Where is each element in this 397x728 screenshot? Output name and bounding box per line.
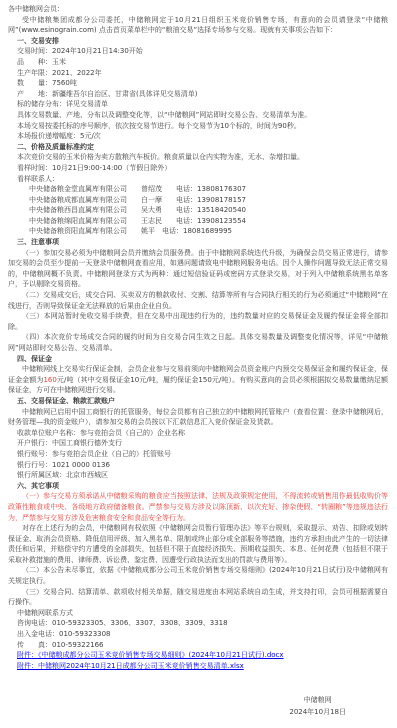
doc-line: （二）本公告未尽事宜，依据《中储粮成都分公司玉米竞价销售专场交易细则》(2024… xyxy=(8,565,388,586)
text-run: 中储粮网已启用中国工商银行的托管服务，每位会员都有自己独立的中储粮网托管账户（查… xyxy=(8,408,388,427)
attachment-link-rules[interactable]: 附件：《中储粮成都分公司玉米竞价销售专场交易细则》(2024年10月21日试行)… xyxy=(17,650,388,661)
doc-line: 传 真：010-59322166 xyxy=(17,640,388,651)
doc-line: 开户银行：中国工商银行德外支行 xyxy=(17,438,388,449)
doc-line: 本次竞价交易的玉米价格为卖方散粮汽车板价。粮食质量以仓内实物为准，无水、杂增扣量… xyxy=(17,152,388,163)
text-run: 银行所属区域：北京市西城区 xyxy=(17,471,108,479)
text-run: 标的储存分布：详见交易清单 xyxy=(17,100,108,108)
contact-line: 中央储备粮成都直属库有限公司 白一摩 电话：13908178157 xyxy=(29,195,388,206)
doc-line: 本场交易按委托标的序号顺序，依次按交易节进行。每个交易节为10个标的，时间为90… xyxy=(17,121,388,132)
text-run: 受中储粮集团成都分公司委托，中储粮网定于10月21日组织玉米竞价销售专场，有意向… xyxy=(8,16,388,35)
doc-line: 银行行号：1021 0000 0136 xyxy=(17,460,388,471)
attachment-link-list[interactable]: 附件：中储粮网2024年10月21日成都分公司玉米竞价销售交易清单.xlsx xyxy=(17,661,388,672)
section-heading-4: 四、保证金 xyxy=(17,354,388,365)
text-run: 传 真：010-59322166 xyxy=(17,641,104,649)
deposit-paragraph: 中储粮网线上交易实行保证金制，会员企业参与交易前须向中储粮网会员资金账户内预交交… xyxy=(8,364,388,396)
doc-line: 看样时间：10月21日9:00-14:00（节假日除外） xyxy=(17,163,388,174)
doc-line: 银行账号：参与竞拍会员企业（自己的）托管账号 xyxy=(17,449,388,460)
doc-line: 标的储存分布：详见交易清单 xyxy=(17,99,388,110)
document-body: 各中储粮网会员：受中储粮集团成都分公司委托，中储粮网定于10月21日组织玉米竞价… xyxy=(8,4,388,671)
text-run: 数 量：7560吨 xyxy=(17,79,77,87)
doc-line: 中储粮网已启用中国工商银行的托管服务，每位会员都有自己独立的中储粮网托管账户（查… xyxy=(8,407,388,428)
text-run: 元/吨（其中交易保证金10元/吨，履约保证金150元/吨）。有购买意向的会员必须… xyxy=(8,376,388,395)
compliance-warning-paragraph: （一）参与交易方须承诺从中储粮采购的粮食应当按照法律、法规及政策规定使用，不得流… xyxy=(8,491,388,523)
text-run: 一、交易安排 xyxy=(17,37,59,45)
text-run: （一）参加交易必须为中储粮网会员并缴纳会员服务费。由于中储粮网系统迭代升级，为确… xyxy=(8,249,388,289)
text-run: （三）交易合同、结算清单、款项收付相关单据，随交易进度由本网站系统自动生成，并支… xyxy=(8,588,388,607)
salutation: 各中储粮网会员： xyxy=(8,4,388,15)
text-run: 中央储备粮成都直属库有限公司 白一摩 电话：13908178157 xyxy=(29,196,246,204)
text-run: 附件：中储粮网2024年10月21日成都分公司玉米竞价销售交易清单.xlsx xyxy=(17,662,244,670)
intro-paragraph: 受中储粮集团成都分公司委托，中储粮网定于10月21日组织玉米竞价销售专场，有意向… xyxy=(8,15,388,36)
text-run: 各中储粮网会员： xyxy=(8,5,64,13)
doc-line: 出入金电话：010-59323308 xyxy=(17,629,388,640)
text-run: 本次竞价交易的玉米价格为卖方散粮汽车板价。粮食质量以仓内实物为准，无水、杂增扣量… xyxy=(17,153,304,161)
contact-line: 中央储备粮资阳直属库有限公司 姚平 电话：18081689995 xyxy=(29,226,388,237)
text-run: 品 种：玉米 xyxy=(17,58,66,66)
text-run: 二、价格及质量标准约定 xyxy=(17,143,94,151)
text-run: 看样时间：10月21日9:00-14:00（节假日除外） xyxy=(17,164,171,172)
doc-line: （三）本网站暂时免收交易手续费，但在交易中出现违约行为的，违约数量对应的交易保证… xyxy=(8,311,388,332)
doc-line: 对存在上述行为的会员，中储粮网有权依照《中储粮网会员暂行管理办法》等平台规则，采… xyxy=(8,523,388,565)
doc-line: 看样联系人： xyxy=(17,174,388,185)
text-run: （三）本网站暂时免收交易手续费，但在交易中出现违约行为的，违约数量对应的交易保证… xyxy=(8,312,388,331)
doc-line: （三）交易合同、结算清单、款项收付相关单据，随交易进度由本网站系统自动生成，并支… xyxy=(8,587,388,608)
text-run: 本场报价递增幅度：5元/次 xyxy=(17,132,101,140)
doc-line: 具体交易数量、产地、分布以及调整变化等，以“中储粮网”网站即时交易公告、交易清单… xyxy=(17,110,388,121)
text-run: 中央储备粮资阳直属库有限公司 姚平 电话：18081689995 xyxy=(29,227,232,235)
contact-line: 中央储备粮西昌直属库有限公司 吴大勇 电话：13518420540 xyxy=(29,205,388,216)
doc-line: 产 地：新疆维吾尔自治区、甘肃省(具体详见交易清单) xyxy=(17,89,388,100)
doc-line: 数 量：7560吨 xyxy=(17,78,388,89)
text-run: 出入金电话：010-59323308 xyxy=(17,630,111,638)
announcement-document: 各中储粮网会员：受中储粮集团成都分公司委托，中储粮网定于10月21日组织玉米竞价… xyxy=(8,4,388,718)
text-run: 本场交易按委托标的序号顺序，依次按交易节进行。每个交易节为10个标的，时间为90… xyxy=(17,122,301,130)
doc-line: 品 种：玉米 xyxy=(17,57,388,68)
doc-line: 交易时间：2024年10月21日14:30开始 xyxy=(17,46,388,57)
signature-org: 中储粮网 xyxy=(289,695,346,707)
text-run: 生产年限：2021、2022年 xyxy=(17,69,102,77)
text-run: 银行行号：1021 0000 0136 xyxy=(17,461,110,469)
text-run: 开户银行：中国工商银行德外支行 xyxy=(17,439,122,447)
text-run: 六、其它事项 xyxy=(17,482,59,490)
doc-line: 中储粮网联系方式 xyxy=(17,608,388,619)
contact-line: 中央储备粮绵阳直属库有限公司 王志民 电话：13908123554 xyxy=(29,216,388,227)
doc-line: 本场报价递增幅度：5元/次 xyxy=(17,131,388,142)
text-run: 银行账号：参与竞拍会员企业（自己的）托管账号 xyxy=(17,450,171,458)
text-run: 附件：《中储粮成都分公司玉米竞价销售专场交易细则》(2024年10月21日试行)… xyxy=(17,651,284,659)
text-run: 中央储备粮金堂直属库有限公司 曾绍茂 电话：13808176307 xyxy=(29,185,246,193)
text-run: （二）交易成交后，成交合同、买卖双方的粮款收付、交割、结算等所有与合同执行相关的… xyxy=(8,291,388,310)
contact-line: 中央储备粮金堂直属库有限公司 曾绍茂 电话：13808176307 xyxy=(29,184,388,195)
text-run: （二）本公告未尽事宜，依据《中储粮成都分公司玉米竞价销售专场交易细则》(2024… xyxy=(8,566,388,585)
signature-date: 2024年10月18日 xyxy=(289,707,346,719)
doc-line: 银行所属区域：北京市西城区 xyxy=(17,470,388,481)
section-heading-3: 三、注意事项 xyxy=(17,237,388,248)
text-run: 四、保证金 xyxy=(17,355,52,363)
section-heading-2: 二、价格及质量标准约定 xyxy=(17,142,388,153)
text-run: 中央储备粮西昌直属库有限公司 吴大勇 电话：13518420540 xyxy=(29,206,246,214)
section-heading-5: 五、交易保证金、粮款汇款账户 xyxy=(17,396,388,407)
text-run: 对存在上述行为的会员，中储粮网有权依照《中储粮网会员暂行管理办法》等平台规则，采… xyxy=(8,524,388,564)
text-run: 160 xyxy=(43,376,56,384)
doc-line: （一）参加交易必须为中储粮网会员并缴纳会员服务费。由于中储粮网系统迭代升级，为确… xyxy=(8,248,388,290)
doc-line: 生产年限：2021、2022年 xyxy=(17,68,388,79)
section-heading-6: 六、其它事项 xyxy=(17,481,388,492)
doc-line: 咨询电话：010-59323305、3306、3307、3308、3309、33… xyxy=(17,618,388,629)
text-run: （四）本次竞价专场成交合同的履约时间为自交易合同生效之日起。具体交易数量及调整变… xyxy=(8,333,388,352)
doc-line: （四）本次竞价专场成交合同的履约时间为自交易合同生效之日起。具体交易数量及调整变… xyxy=(8,332,388,353)
text-run: 具体交易数量、产地、分布以及调整变化等，以“中储粮网”网站即时交易公告、交易清单… xyxy=(17,111,311,119)
text-run: 中储粮网联系方式 xyxy=(17,609,73,617)
text-run: 咨询电话：010-59323305、3306、3307、3308、3309、33… xyxy=(17,619,228,627)
text-run: 三、注意事项 xyxy=(17,238,59,246)
text-run: 产 地：新疆维吾尔自治区、甘肃省(具体详见交易清单) xyxy=(17,90,197,98)
text-run: 中央储备粮绵阳直属库有限公司 王志民 电话：13908123554 xyxy=(29,217,246,225)
doc-line: （二）交易成交后，成交合同、买卖双方的粮款收付、交割、结算等所有与合同执行相关的… xyxy=(8,290,388,311)
text-run: （一）参与交易方须承诺从中储粮采购的粮食应当按照法律、法规及政策规定使用，不得流… xyxy=(8,492,388,521)
text-run: 五、交易保证金、粮款汇款账户 xyxy=(17,397,115,405)
doc-line: 收款单位账户名称：参与竞拍会员（自己的）企业名称 xyxy=(17,428,388,439)
text-run: 收款单位账户名称：参与竞拍会员（自己的）企业名称 xyxy=(17,429,185,437)
section-heading-1: 一、交易安排 xyxy=(17,36,388,47)
text-run: 交易时间：2024年10月21日14:30开始 xyxy=(17,47,143,55)
text-run: 看样联系人： xyxy=(17,175,59,183)
signature-block: 中储粮网 2024年10月18日 xyxy=(289,695,346,718)
